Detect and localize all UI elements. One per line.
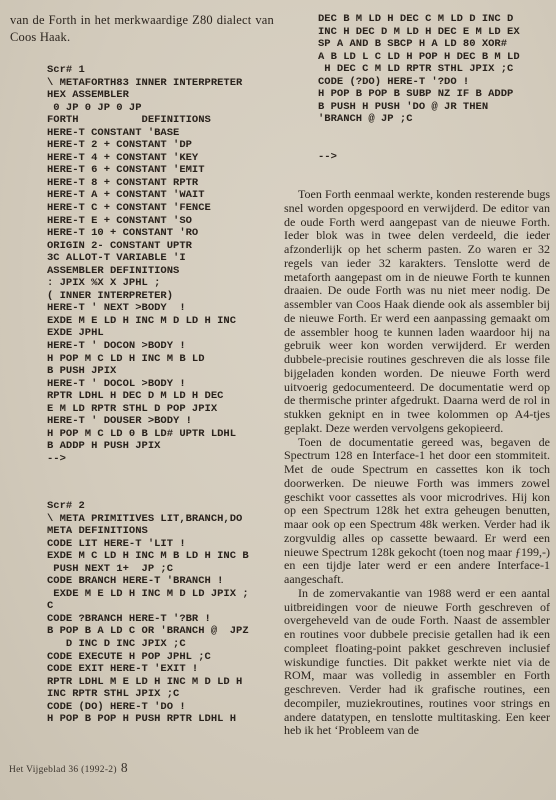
code-line: CODE EXECUTE H POP JPHL ;C — [47, 651, 249, 664]
code-line: B PUSH H PUSH 'DO @ JR THEN — [318, 101, 520, 114]
code-line: HERE-T ' DOCOL >BODY ! — [47, 378, 242, 391]
code-line: EXDE M E LD H INC M D LD JPIX ; — [47, 588, 249, 601]
code-line: CODE LIT HERE-T 'LIT ! — [47, 538, 249, 551]
code-line: A B LD L C LD H POP H DEC B M LD — [318, 51, 520, 64]
code-line — [318, 126, 520, 139]
code-line: EXDE JPHL — [47, 327, 242, 340]
code-line: FORTH DEFINITIONS — [47, 114, 242, 127]
code-line: HERE-T 4 + CONSTANT 'KEY — [47, 152, 242, 165]
code-line: HERE-T CONSTANT 'BASE — [47, 127, 242, 140]
article-paragraph: In de zomervakantie van 1988 werd er een… — [284, 587, 550, 738]
code-line: HERE-T 10 + CONSTANT 'RO — [47, 227, 242, 240]
code-line: ASSEMBLER DEFINITIONS — [47, 265, 242, 278]
page-number: 8 — [121, 760, 128, 775]
code-line: RPTR LDHL M E LD H INC M D LD H — [47, 676, 249, 689]
code-line: H POP M C LD H INC M B LD — [47, 353, 242, 366]
code-line: CODE ?BRANCH HERE-T '?BR ! — [47, 613, 249, 626]
code-line: INC RPTR STHL JPIX ;C — [47, 688, 249, 701]
code-line: D INC D INC JPIX ;C — [47, 638, 249, 651]
code-line: H POP B POP B SUBP NZ IF B ADDP — [318, 88, 520, 101]
article-paragraph: Toen de documentatie gereed was, begaven… — [284, 436, 550, 587]
article-text: Toen Forth eenmaal werkte, konden rester… — [284, 188, 550, 738]
code-line: H POP B POP H PUSH RPTR LDHL H — [47, 713, 249, 726]
code-line: DEC B M LD H DEC C M LD D INC D — [318, 13, 520, 26]
intro-text: van de Forth in het merkwaardige Z80 dia… — [10, 12, 274, 46]
code-line: ( INNER INTERPRETER) — [47, 290, 242, 303]
code-line: HERE-T 2 + CONSTANT 'DP — [47, 139, 242, 152]
code-line: \ META PRIMITIVES LIT,BRANCH,DO — [47, 513, 249, 526]
code-listing-scr1: Scr# 1\ METAFORTH83 INNER INTERPRETERHEX… — [47, 64, 242, 466]
code-line: B POP B A LD C OR 'BRANCH @ JPZ — [47, 625, 249, 638]
code-line: C — [47, 600, 249, 613]
code-line: --> — [47, 453, 242, 466]
code-line: B PUSH JPIX — [47, 365, 242, 378]
code-line: HERE-T ' DOUSER >BODY ! — [47, 415, 242, 428]
code-line: E M LD RPTR STHL D POP JPIX — [47, 403, 242, 416]
code-line — [318, 138, 520, 151]
code-listing-scr2: Scr# 2\ META PRIMITIVES LIT,BRANCH,DOMET… — [47, 500, 249, 726]
code-line: H DEC C M LD RPTR STHL JPIX ;C — [318, 63, 520, 76]
code-line: CODE (?DO) HERE-T '?DO ! — [318, 76, 520, 89]
code-line: --> — [318, 151, 520, 164]
code-line: 'BRANCH @ JP ;C — [318, 113, 520, 126]
code-line: HERE-T A + CONSTANT 'WAIT — [47, 189, 242, 202]
code-line: HERE-T 6 + CONSTANT 'EMIT — [47, 164, 242, 177]
code-line: EXDE M C LD H INC M B LD H INC B — [47, 550, 249, 563]
article-paragraph: Toen Forth eenmaal werkte, konden rester… — [284, 188, 550, 436]
code-line: \ METAFORTH83 INNER INTERPRETER — [47, 77, 242, 90]
code-line: Scr# 2 — [47, 500, 249, 513]
code-line: INC H DEC D M LD H DEC E M LD EX — [318, 26, 520, 39]
scanned-page: van de Forth in het merkwaardige Z80 dia… — [0, 0, 556, 800]
code-line: H POP M C LD 0 B LD# UPTR LDHL — [47, 428, 242, 441]
code-line: EXDE M E LD H INC M D LD H INC — [47, 315, 242, 328]
code-line: B ADDP H PUSH JPIX — [47, 440, 242, 453]
journal-title: Het Vijgeblad 36 (1992-2) — [9, 765, 117, 775]
code-line: RPTR LDHL H DEC D M LD H DEC — [47, 390, 242, 403]
code-line: Scr# 1 — [47, 64, 242, 77]
code-line: 0 JP 0 JP 0 JP — [47, 102, 242, 115]
code-line: CODE (DO) HERE-T 'DO ! — [47, 701, 249, 714]
code-line: HEX ASSEMBLER — [47, 89, 242, 102]
page-footer: Het Vijgeblad 36 (1992-2)8 — [9, 760, 128, 776]
code-line: HERE-T E + CONSTANT 'SO — [47, 215, 242, 228]
code-line: CODE BRANCH HERE-T 'BRANCH ! — [47, 575, 249, 588]
code-line: HERE-T ' NEXT >BODY ! — [47, 302, 242, 315]
code-line: HERE-T 8 + CONSTANT RPTR — [47, 177, 242, 190]
code-line: META DEFINITIONS — [47, 525, 249, 538]
code-line: PUSH NEXT 1+ JP ;C — [47, 563, 249, 576]
code-line: HERE-T ' DOCON >BODY ! — [47, 340, 242, 353]
code-line: HERE-T C + CONSTANT 'FENCE — [47, 202, 242, 215]
code-line: SP A AND B SBCP H A LD 80 XOR# — [318, 38, 520, 51]
code-line: : JPIX %X X JPHL ; — [47, 277, 242, 290]
code-line: CODE EXIT HERE-T 'EXIT ! — [47, 663, 249, 676]
code-listing-continuation: DEC B M LD H DEC C M LD D INC DINC H DEC… — [318, 13, 520, 164]
code-line: ORIGIN 2- CONSTANT UPTR — [47, 240, 242, 253]
code-line: 3C ALLOT-T VARIABLE 'I — [47, 252, 242, 265]
